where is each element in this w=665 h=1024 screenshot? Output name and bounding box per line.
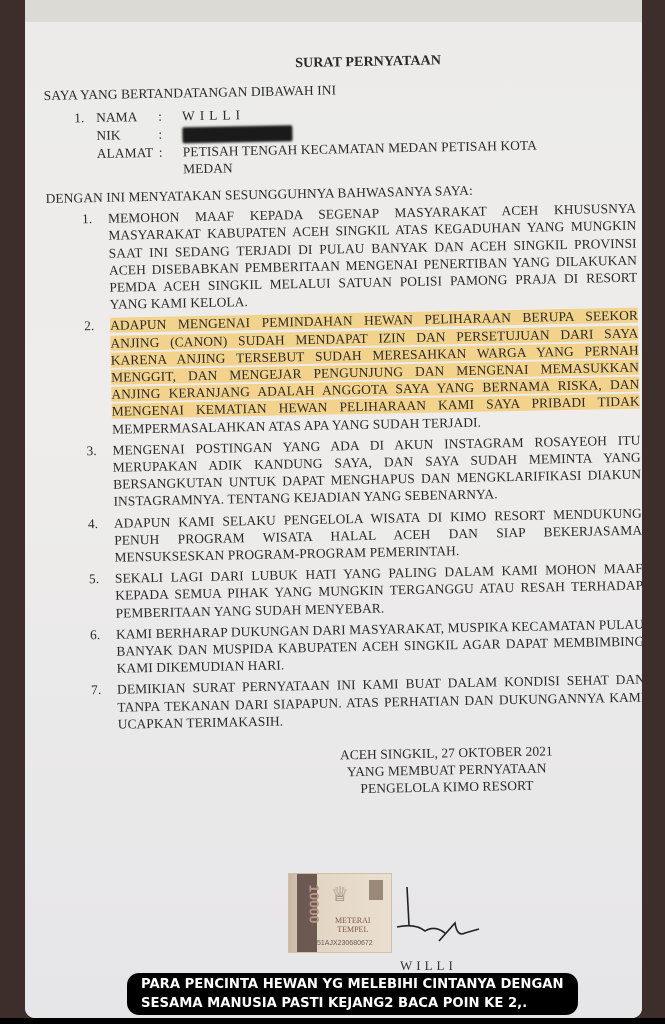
closing-block: ACEH SINGKIL, 27 OKTOBER 2021 YANG MEMBU… <box>306 742 587 799</box>
statement-item-3: 3. MENGENAI POSTINGAN YANG ADA DI AKUN I… <box>50 431 641 511</box>
stamp-serial: 51AJX230680672 <box>317 940 373 947</box>
nik-label: NIK <box>96 125 158 144</box>
statement-item-5: 5. SEKALI LAGI DARI LUBUK HATI YANG PALI… <box>53 560 642 623</box>
address-label: ALAMAT <box>97 143 160 179</box>
statement-item-6: 6. KAMI BERHARAP DUKUNGAN DARI MASYARAKA… <box>54 615 642 678</box>
caption-line-1: PARA PENCINTA HEWAN YG MELEBIHI CINTANYA… <box>141 975 564 994</box>
stamp-hologram <box>369 880 383 900</box>
statement-item-1: 1. MEMOHON MAAF KEPADA SEGENAP MASYARAKA… <box>46 200 638 315</box>
bottom-bar <box>0 1018 665 1024</box>
story-caption: PARA PENCINTA HEWAN YG MELEBIHI CINTANYA… <box>127 973 578 1015</box>
signature-icon <box>395 885 485 955</box>
highlighted-passage: ADAPUN MENGENAI PEMINDAHAN HEWAN PELIHAR… <box>110 308 640 419</box>
caption-line-2: SESAMA MANUSIA PASTI KEJANG2 BACA POIN K… <box>141 994 564 1013</box>
statement-letter: SURAT PERNYATAAN SAYA YANG BERTANDATANGA… <box>43 49 642 804</box>
duty-stamp: 10000 ♕ METERAITEMPEL 51AJX230680672 <box>288 873 392 953</box>
stamp-label: METERAITEMPEL <box>335 916 371 934</box>
address-value: PETISAH TENGAH KECAMATAN MEDAN PETISAH K… <box>183 136 544 177</box>
stamp-value: 10000 <box>306 885 322 924</box>
garuda-emblem-icon: ♕ <box>331 882 349 907</box>
story-frame: SURAT PERNYATAAN SAYA YANG BERTANDATANGA… <box>25 0 642 1018</box>
paper-top-edge <box>25 0 642 24</box>
statement-item-2: 2. ADAPUN MENGENAI PEMINDAHAN HEWAN PELI… <box>48 307 640 439</box>
statement-item-4: 4. ADAPUN KAMI SELAKU PENGELOLA WISATA D… <box>52 504 642 567</box>
statement-item-7: 7. DEMIKIAN SURAT PERNYATAAN INI KAMI BU… <box>55 671 642 734</box>
signatory-name: WILLI <box>400 958 457 974</box>
name-label: NAMA <box>96 108 158 126</box>
redaction-bar <box>182 125 292 143</box>
